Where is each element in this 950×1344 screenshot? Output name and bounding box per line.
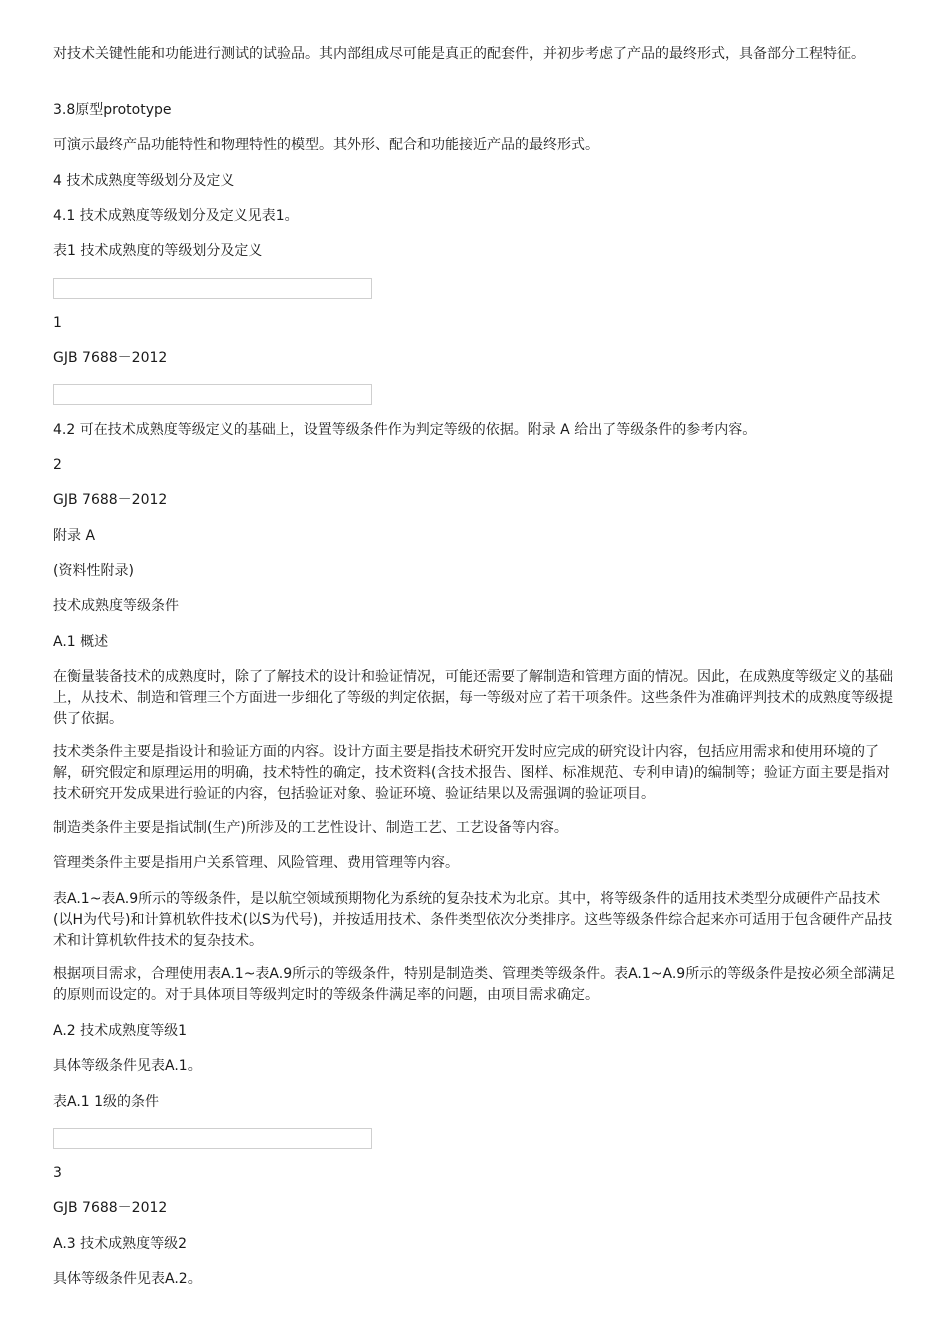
paragraph-prototype-definition: 可演示最终产品功能特性和物理特性的模型。其外形、配合和功能接近产品的最终形式。 [53,135,898,156]
paragraph-management-conditions: 管理类条件主要是指用户关系管理、风险管理、费用管理等内容。 [53,853,898,874]
paragraph-a-1-overview: 在衡量装备技术的成熟度时，除了了解技术的设计和验证情况，可能还需要了解制造和管理… [53,667,898,730]
page-number: 2 [53,455,898,476]
page-header-standard-id: GJB 7688－2012 [53,490,898,511]
page-number: 1 [53,313,898,334]
appendix-a-subtitle: 技术成熟度等级条件 [53,596,898,617]
heading-section-4: 4 技术成熟度等级划分及定义 [53,171,898,192]
appendix-a-title: 附录 A [53,526,898,547]
table-a1-placeholder [53,1128,372,1149]
table-1-placeholder [53,278,372,299]
page-number: 3 [53,1163,898,1184]
paragraph-test-article-definition: 对技术关键性能和功能进行测试的试验品。其内部组成尽可能是真正的配套件，并初步考虑… [53,44,898,65]
heading-a-2: A.2 技术成熟度等级1 [53,1021,898,1042]
paragraph-manufacturing-conditions: 制造类条件主要是指试制(生产)所涉及的工艺性设计、制造工艺、工艺设备等内容。 [53,818,898,839]
paragraph-tables-a1-a9: 表A.1~表A.9所示的等级条件，是以航空领域预期物化为系统的复杂技术为北京。其… [53,889,898,952]
paragraph-see-table-a2: 具体等级条件见表A.2。 [53,1269,898,1290]
paragraph-technical-conditions: 技术类条件主要是指设计和验证方面的内容。设计方面主要是指技术研究开发时应完成的研… [53,742,898,805]
appendix-a-type: (资料性附录) [53,561,898,582]
paragraph-usage: 根据项目需求，合理使用表A.1~表A.9所示的等级条件，特别是制造类、管理类等级… [53,964,898,1006]
heading-3-8-prototype: 3.8原型prototype [53,100,898,121]
heading-a-1: A.1 概述 [53,632,898,653]
paragraph-4-2: 4.2 可在技术成熟度等级定义的基础上，设置等级条件作为判定等级的依据。附录 A… [53,420,898,441]
paragraph-see-table-a1: 具体等级条件见表A.1。 [53,1056,898,1077]
paragraph-4-1: 4.1 技术成熟度等级划分及定义见表1。 [53,206,898,227]
page-header-standard-id: GJB 7688－2012 [53,1198,898,1219]
table-placeholder [53,384,372,405]
heading-a-3: A.3 技术成熟度等级2 [53,1234,898,1255]
table-a1-caption: 表A.1 1级的条件 [53,1092,898,1113]
page-header-standard-id: GJB 7688－2012 [53,348,898,369]
table-1-caption: 表1 技术成熟度的等级划分及定义 [53,241,898,262]
